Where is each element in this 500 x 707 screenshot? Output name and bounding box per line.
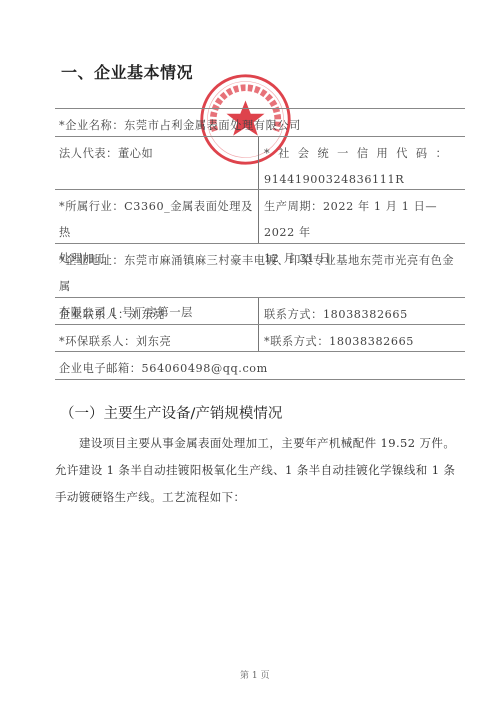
table-row: 企业联系人：刘东亮 联系方式：18038382665	[55, 297, 465, 324]
table-row: 企业电子邮箱：564060498@qq.com	[55, 351, 465, 380]
section-heading: 一、企业基本情况	[61, 60, 193, 83]
contact-phone: 联系方式：18038382665	[258, 298, 465, 324]
env-contact-person: *环保联系人：刘东亮	[55, 325, 261, 351]
address-line-1: *企业地址：东莞市麻涌镇麻三村豪丰电镀、印染专业基地东莞市光亮有色金属	[59, 248, 461, 300]
table-row: *企业地址：东莞市麻涌镇麻三村豪丰电镀、印染专业基地东莞市光亮有色金属 有限公司…	[55, 243, 465, 297]
subsection-title: （一）主要生产设备/产销规模情况	[60, 402, 282, 423]
industry-cell: *所属行业：C3360_金属表面处理及热 处理加工	[55, 190, 261, 243]
table-row: *所属行业：C3360_金属表面处理及热 处理加工 生产周期：2022 年 1 …	[55, 189, 465, 243]
company-info-table: *企业名称：东莞市占利金属表面处理有限公司 法人代表：董心如 *社会统一信用代码…	[55, 108, 465, 380]
production-description: 建设项目主要从事金属表面处理加工，主要年产机械配件 19.52 万件。允许建设 …	[55, 430, 465, 511]
company-name: *企业名称：东莞市占利金属表面处理有限公司	[55, 109, 465, 136]
industry-line-1: *所属行业：C3360_金属表面处理及热	[59, 194, 257, 246]
table-row: 法人代表：董心如 *社会统一信用代码： 91441900324836111R	[55, 136, 465, 189]
credit-code-label: *社会统一信用代码：	[264, 141, 461, 167]
company-email: 企业电子邮箱：564060498@qq.com	[55, 352, 465, 379]
production-period-line-1: 生产周期：2022 年 1 月 1 日—2022 年	[264, 194, 461, 246]
paragraph-text: 建设项目主要从事金属表面处理加工，主要年产机械配件 19.52 万件。允许建设 …	[55, 436, 455, 504]
credit-code-cell: *社会统一信用代码： 91441900324836111R	[258, 137, 465, 189]
legal-representative: 法人代表：董心如	[55, 137, 261, 189]
contact-person: 企业联系人：刘东亮	[55, 298, 261, 324]
table-row: *企业名称：东莞市占利金属表面处理有限公司	[55, 108, 465, 136]
table-row: *环保联系人：刘东亮 *联系方式：18038382665	[55, 324, 465, 351]
address-cell: *企业地址：东莞市麻涌镇麻三村豪丰电镀、印染专业基地东莞市光亮有色金属 有限公司…	[55, 244, 465, 297]
env-contact-phone: *联系方式：18038382665	[258, 325, 465, 351]
page-number: 第 1 页	[240, 668, 269, 681]
production-period-cell: 生产周期：2022 年 1 月 1 日—2022 年 12 月 31 日	[258, 190, 465, 243]
